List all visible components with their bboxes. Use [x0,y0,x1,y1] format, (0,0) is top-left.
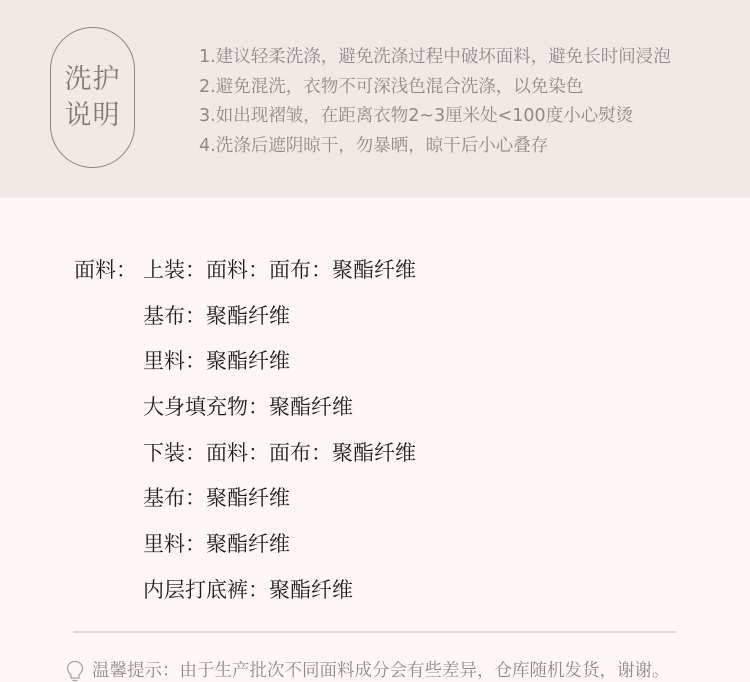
care-instruction-item: 2.避免混洗，衣物不可深浅色混合洗涤，以免染色 [199,73,671,103]
lightbulb-icon [66,660,84,682]
material-value: 大身填充物：聚酯纤维 [143,392,353,422]
material-value: 里料：聚酯纤维 [143,346,290,376]
care-title-badge: 洗护 说明 [50,27,135,168]
material-value: 上装：面料：面布：聚酯纤维 [143,255,416,285]
care-instruction-item: 4.洗涤后遮阴晾干，勿暴晒，晾干后小心叠存 [199,132,671,162]
divider [73,631,676,633]
tip-notice: 温馨提示：由于生产批次不同面料成分会有些差异，仓库随机发货，谢谢。 [66,659,670,682]
material-value: 下装：面料：面布：聚酯纤维 [143,438,416,468]
material-value: 基布：聚酯纤维 [143,483,290,513]
care-instruction-list: 1.建议轻柔洗涤，避免洗涤过程中破坏面料，避免长时间浸泡 2.避免混洗，衣物不可… [199,43,671,161]
care-instructions-section: 洗护 说明 1.建议轻柔洗涤，避免洗涤过程中破坏面料，避免长时间浸泡 2.避免混… [0,0,750,198]
care-title-line2: 说明 [65,98,121,134]
material-value: 基布：聚酯纤维 [143,301,290,331]
care-instruction-item: 1.建议轻柔洗涤，避免洗涤过程中破坏面料，避免长时间浸泡 [199,43,671,73]
care-title-line1: 洗护 [65,62,121,98]
material-value: 里料：聚酯纤维 [143,529,290,559]
care-instruction-item: 3.如出现褶皱，在距离衣物2~3厘米处<100度小心熨烫 [199,102,671,132]
tip-text: 温馨提示：由于生产批次不同面料成分会有些差异，仓库随机发货，谢谢。 [92,659,670,682]
material-value: 内层打底裤：聚酯纤维 [143,575,353,605]
material-label: 面料： [74,255,137,285]
